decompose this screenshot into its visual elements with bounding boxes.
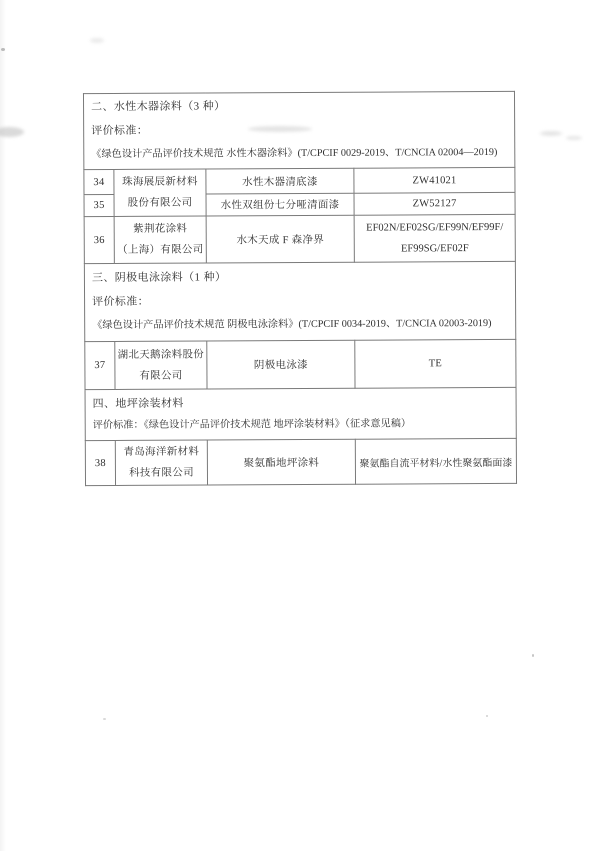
section2-title: 二、水性木器涂料（3 种） (91, 94, 508, 120)
section4-standard: 评价标准：《绿色设计产品评价技术规范 地坪涂装材料》（征求意见稿） (93, 413, 510, 437)
section4-title: 四、地坪涂装材料 (93, 391, 510, 415)
row34-model: ZW41021 (354, 167, 515, 193)
table-row-38: 38 青岛海洋新材料 科技有限公司 聚氨酯地坪涂料 聚氨酯自流平材料/水性聚氨酯… (85, 438, 516, 485)
scan-smudge (566, 136, 582, 140)
row34-35-company: 珠海展辰新材料 股份有限公司 (114, 169, 206, 216)
row35-number: 35 (84, 194, 114, 216)
company-name-line: （上海）有限公司 (115, 239, 206, 260)
row36-model: EF02N/EF02SG/EF99N/EF99F/ EF99SG/EF02F (354, 214, 515, 262)
scanned-document-page: 二、水性木器涂料（3 种） 评价标准： 《绿色设计产品评价技术规范 水性木器涂料… (0, 0, 600, 851)
row38-company: 青岛海洋新材料 科技有限公司 (115, 440, 207, 485)
row35-product: 水性双组份七分哑清面漆 (206, 193, 354, 216)
company-name-line: 珠海展辰新材料 (114, 171, 205, 192)
scan-edge-shade (0, 0, 6, 851)
model-code-line: EF02N/EF02SG/EF99N/EF99F/ (355, 217, 515, 239)
company-name-line: 股份有限公司 (114, 192, 205, 213)
section-cathodic-header: 三、阴极电泳涂料（1 种） 评价标准： 《绿色设计产品评价技术规范 阴极电泳涂料… (84, 261, 515, 341)
company-name-line: 湖北天鹅涂料股份 (115, 344, 206, 365)
row35-model: ZW52127 (354, 192, 515, 215)
table-row-36: 36 紫荆花涂料 （上海）有限公司 水木天成 F 森净界 EF02N/EF02S… (84, 214, 515, 263)
row37-product: 阴极电泳漆 (207, 340, 355, 389)
row36-product: 水木天成 F 森净界 (206, 215, 354, 263)
section2-cell: 二、水性木器涂料（3 种） 评价标准： 《绿色设计产品评价技术规范 水性木器涂料… (83, 91, 514, 169)
section3-eval-label: 评价标准： (92, 289, 509, 315)
row34-number: 34 (84, 169, 114, 194)
company-name-line: 青岛海洋新材料 (116, 441, 207, 462)
scan-speck (486, 715, 488, 717)
section2-eval-label: 评价标准： (91, 118, 508, 144)
row38-model: 聚氨酯自流平材料/水性聚氨酯面漆 (355, 438, 516, 484)
scan-speck (532, 654, 534, 657)
section3-standard: 《绿色设计产品评价技术规范 阴极电泳涂料》(T/CPCIF 0034-2019、… (92, 312, 509, 338)
scan-smudge (90, 38, 104, 43)
section3-cell: 三、阴极电泳涂料（1 种） 评价标准： 《绿色设计产品评价技术规范 阴极电泳涂料… (84, 261, 515, 341)
row37-model: TE (355, 339, 516, 388)
company-name-line: 科技有限公司 (116, 462, 207, 483)
model-code-line: EF99SG/EF02F (355, 238, 515, 260)
table: 二、水性木器涂料（3 种） 评价标准： 《绿色设计产品评价技术规范 水性木器涂料… (83, 91, 517, 486)
row36-number: 36 (84, 216, 114, 263)
company-name-line: 有限公司 (115, 365, 206, 386)
row34-product: 水性木器清底漆 (206, 168, 354, 194)
table-row-34: 34 珠海展辰新材料 股份有限公司 水性木器清底漆 ZW41021 (84, 167, 515, 194)
row37-number: 37 (85, 341, 115, 389)
section2-standard: 《绿色设计产品评价技术规范 水性木器涂料》(T/CPCIF 0029-2019、… (91, 141, 508, 167)
section-waterborne-wood-header: 二、水性木器涂料（3 种） 评价标准： 《绿色设计产品评价技术规范 水性木器涂料… (83, 91, 514, 169)
table-row-37: 37 湖北天鹅涂料股份 有限公司 阴极电泳漆 TE (85, 339, 516, 389)
row36-company: 紫荆花涂料 （上海）有限公司 (114, 216, 206, 263)
section3-title: 三、阴极电泳涂料（1 种） (92, 265, 509, 291)
scan-speck (1, 48, 5, 51)
row37-company: 湖北天鹅涂料股份 有限公司 (115, 341, 207, 389)
section-floor-header: 四、地坪涂装材料 评价标准：《绿色设计产品评价技术规范 地坪涂装材料》（征求意见… (85, 387, 516, 440)
row38-number: 38 (85, 440, 115, 485)
scan-smudge (0, 127, 24, 137)
scan-speck (103, 718, 106, 720)
scan-smudge (540, 131, 562, 136)
company-name-line: 紫荆花涂料 (115, 218, 206, 239)
row38-product: 聚氨酯地坪涂料 (207, 439, 355, 485)
section4-cell: 四、地坪涂装材料 评价标准：《绿色设计产品评价技术规范 地坪涂装材料》（征求意见… (85, 387, 516, 440)
coatings-evaluation-table: 二、水性木器涂料（3 种） 评价标准： 《绿色设计产品评价技术规范 水性木器涂料… (83, 91, 517, 486)
